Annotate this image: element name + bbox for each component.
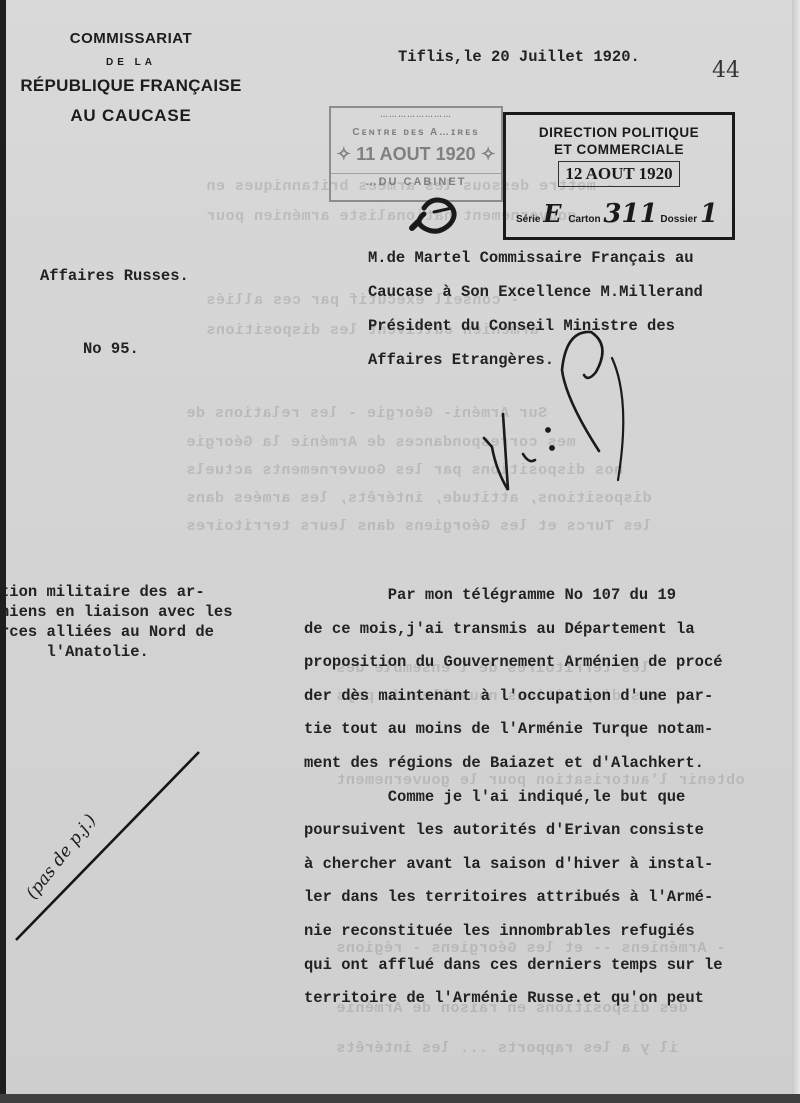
vu-signature-icon [484, 332, 623, 490]
margin-slash-icon [16, 752, 199, 940]
registry-mark-icon [412, 200, 454, 231]
handwriting-layer: (pas de p.j.) [6, 0, 800, 1094]
scan-bottom-edge [0, 1094, 800, 1103]
scan-right-edge [792, 0, 800, 1094]
margin-note: (pas de p.j.) [22, 811, 100, 903]
margin-note-text: (pas de p.j.) [22, 811, 100, 903]
document-page: - mettre dessous les armées britanniques… [6, 0, 800, 1094]
